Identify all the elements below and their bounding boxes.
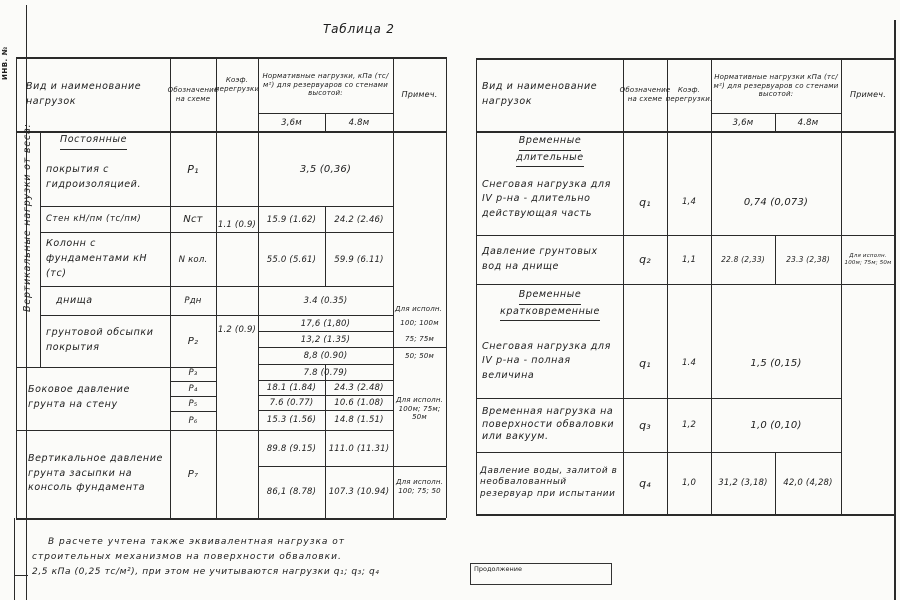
r-row-water-test-coef: 1,0 [668,453,710,513]
section-short-term: Временные кратковременные [480,288,620,321]
vertical-loads-group-label: Вертикальные нагрузки от веса: [22,123,33,312]
r-header-load-name: Вид и наименование нагрузок [482,62,620,128]
r-row-water-test-name: Давление воды, залитой в необвалованный … [480,453,620,513]
r-header-note: Примеч. [842,59,894,131]
r-header-height-3-6: 3,6м [712,114,774,131]
header-note: Примеч. [394,58,445,131]
continuation-stamp: Продолжение [470,563,612,585]
header-height-4-8: 4.8м [326,114,392,131]
header-coefficient: Коэф. перегрузки [217,60,257,110]
header-normative-loads: Нормативные нагрузки, кПа (тс/м²) для ре… [259,58,392,112]
p5-value-3-6: 7.6 (0.77) [259,396,324,410]
r-row-surface-load-designation: q₃ [624,399,666,451]
row-roof-designation: P₁ [171,133,215,205]
p7-value-b-3-6: 86,1 (8.78) [259,467,324,517]
p3-designation: P₃ [171,365,215,380]
row-bottom-value: 3.4 (0.35) [259,287,392,315]
footnote-line-3: 2,5 кПа (0,25 тс/м²), при этом не учитыв… [32,566,380,580]
r-row-water-test-value-3-6: 31,2 (3,18) [712,453,774,513]
row-walls-value-3-6: 15.9 (1.62) [259,207,324,232]
row-roof-name: покрытия с гидроизоляцией. [46,163,166,192]
header-height-3-6: 3,6м [259,114,324,131]
p6-value-3-6: 15.3 (1.56) [259,411,324,429]
r-row-water-test-value-4-8: 42,0 (4,28) [776,453,840,513]
row-roof-value: 3,5 (0,36) [259,133,392,205]
r-row-surface-load-coef: 1,2 [668,399,710,451]
p6-designation: P₆ [171,412,215,429]
row-soil-cover-name: грунтовой обсыпки покрытия [46,316,168,366]
r-row-snow-full-value: 1,5 (0,15) [712,330,840,396]
r-header-normative-loads: Нормативные нагрузки кПа (тс/м²) для рез… [712,59,840,113]
p4-value-3-6: 18.1 (1.84) [259,381,324,395]
r-row-groundwater-coef: 1,1 [668,236,710,283]
section-permanent: Постоянные [60,133,127,150]
row-lateral-pressure-name: Боковое давление грунта на стену [28,368,166,428]
p7-value-b-4-8: 107.3 (10.94) [326,467,392,517]
p5-designation: P₅ [171,397,215,411]
r-header-coefficient: Коэф. перегрузки. [668,60,710,130]
row-bottom-name: днища [56,287,166,315]
soil-cover-note-50: 50; 50м [394,348,445,364]
r-row-snow-long-coef: 1,4 [668,170,710,234]
r-row-snow-full-coef: 1.4 [668,330,710,396]
p7-value-a-3-6: 89.8 (9.15) [259,431,324,466]
row-soil-cover-designation: P₂ [171,316,215,366]
section-long-term: Временные длительные [480,134,620,167]
r-header-height-4-8: 4.8м [776,114,840,131]
note-header-cell: Для исполн. [395,305,442,314]
row-columns-value-3-6: 55.0 (5.61) [259,233,324,286]
row-walls-value-4-8: 24.2 (2.46) [326,207,392,232]
row-columns-value-4-8: 59.9 (6.11) [326,233,392,286]
soil-cover-note-75: 75; 75м [394,332,445,347]
r-row-surface-load-value: 1,0 (0,10) [712,399,840,451]
r-row-surface-load-name: Временная нагрузка на поверхности обвало… [482,399,620,451]
p3-value: 7.8 (0.79) [259,365,392,380]
r-row-snow-full-name: Снеговая нагрузка для IV р-на - полная в… [482,340,620,383]
header-designation: Обозначение на схеме [171,60,215,130]
vertical-soil-note: Для исполн. 100; 75; 50 [394,467,445,507]
r-header-designation: Обозначение на схеме [624,60,666,130]
row-vertical-soil-name: Вертикальное давление грунта засыпки на … [28,432,168,516]
r-row-groundwater-value-4-8: 23.3 (2,38) [776,236,840,283]
p4-value-4-8: 24.3 (2.48) [326,381,392,395]
r-row-groundwater-note: Для исполн. 100м; 75м; 50м [842,236,894,283]
row-vertical-soil-designation: P₇ [171,432,215,516]
coef-group-1: 1.1 (0.9) [217,200,257,250]
soil-cover-value-100: 17,6 (1,80) [259,316,392,331]
table-title: Таблица 2 [323,22,395,36]
header-load-name: Вид и наименование нагрузок [22,62,171,128]
r-row-groundwater-designation: q₂ [624,236,666,283]
row-columns-name: Колонн с фундаментами кН (тс) [46,233,168,286]
p4-designation: P₄ [171,382,215,396]
footnote-line-2: строительных механизмов на поверхности о… [32,551,342,565]
r-row-snow-full-designation: q₁ [624,330,666,396]
footnote-line-1: В расчете учтена также эквивалентная наг… [48,536,345,550]
soil-cover-note-100: 100; 100м [394,316,445,331]
r-row-groundwater-name: Давление грунтовых вод на днище [482,236,620,283]
row-walls-designation: Nст [171,207,215,232]
soil-cover-value-50: 8,8 (0.90) [259,348,392,364]
row-columns-designation: N кол. [171,233,215,286]
p6-value-4-8: 14.8 (1.51) [326,411,392,429]
row-walls-name: Стен кН/пм (тс/пм) [46,207,170,232]
soil-cover-value-75: 13,2 (1.35) [259,332,392,347]
row-bottom-designation: Pдн [171,287,215,315]
r-row-water-test-designation: q₄ [624,453,666,513]
margin-label: ИНВ. № [1,46,9,80]
p5-value-4-8: 10.6 (1.08) [326,396,392,410]
r-row-groundwater-value-3-6: 22.8 (2,33) [712,236,774,283]
lateral-pressure-note: Для исполн. 100м; 75м; 50м [394,396,445,422]
r-row-snow-long-name: Снеговая нагрузка для IV р-на - длительн… [482,178,620,221]
r-row-snow-long-designation: q₁ [624,170,666,234]
coef-group-2: 1.2 (0.9) [217,305,257,355]
p7-value-a-4-8: 111.0 (11.31) [326,431,392,466]
r-row-snow-long-value: 0,74 (0,073) [712,170,840,234]
